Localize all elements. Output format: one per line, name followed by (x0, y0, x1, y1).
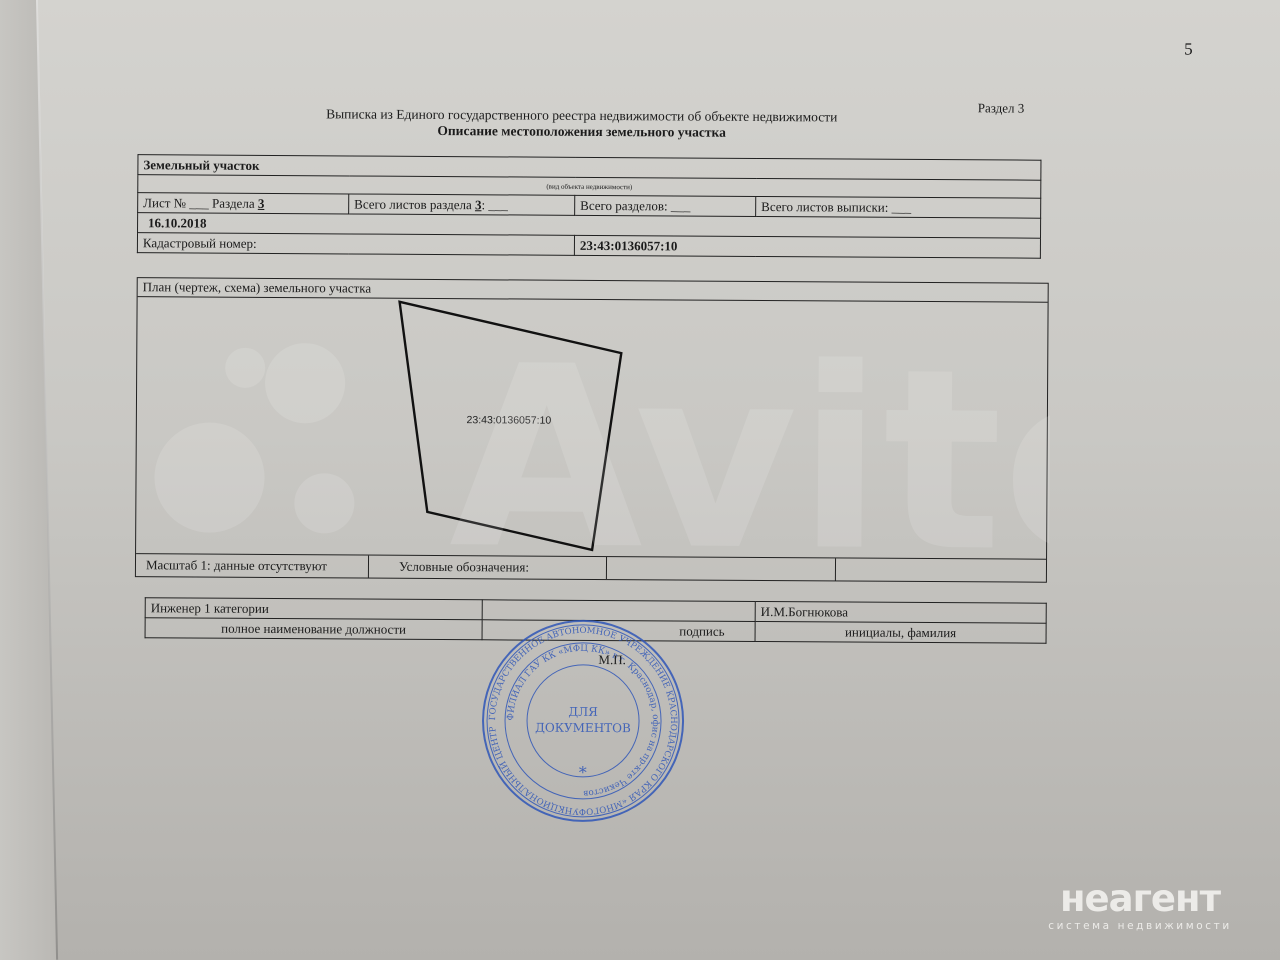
legend-cell-2 (836, 558, 1046, 581)
scale-label: Масштаб 1: данные отсутствуют (136, 554, 369, 577)
plan-footer: Масштаб 1: данные отсутствуют Условные о… (136, 553, 1046, 582)
brand-name: неагент (1020, 880, 1260, 918)
cadastral-number-value: 23:43:0136057:10 (574, 235, 1040, 258)
svg-text:М.П.: М.П. (598, 652, 626, 667)
signer-name: И.М.Богнюкова (755, 601, 1046, 623)
svg-text:ДОКУМЕНТОВ: ДОКУМЕНТОВ (535, 721, 631, 736)
sheet-number-cell: Лист № ___ Раздела 3 (138, 193, 349, 214)
parcel-plan-box: План (чертеж, схема) земельного участка … (135, 277, 1049, 583)
position-value: Инженер 1 категории (145, 598, 482, 620)
brand-tagline: система недвижимости (1020, 920, 1260, 932)
sheet-section-value: 3 (258, 195, 265, 210)
total-sheets-extract-cell: Всего листов выписки: ___ (756, 196, 1041, 218)
legend-label: Условные обозначения: (369, 556, 607, 579)
svg-text:*: * (579, 763, 587, 782)
page-number: 5 (1184, 40, 1193, 60)
document-subtitle: Описание местоположения земельного участ… (322, 122, 842, 141)
object-info-table: Земельный участок (вид объекта недвижимо… (137, 154, 1042, 259)
sheet-number-label: Лист № ___ Раздела (143, 195, 255, 211)
total-sheets-section-suffix: : ___ (481, 197, 507, 212)
position-caption: полное наименование должности (145, 618, 482, 640)
total-sections-cell: Всего разделов: ___ (575, 195, 756, 216)
name-caption: инициалы, фамилия (755, 621, 1046, 643)
neagent-watermark: неагент система недвижимости (1020, 880, 1260, 932)
parcel-label: 23:43:0136057:10 (467, 414, 552, 427)
legend-cell-1 (607, 557, 836, 580)
official-seal: ГОСУДАРСТВЕННОЕ АВТОНОМНОЕ УЧРЕЖДЕНИЕ КР… (479, 617, 686, 824)
total-sheets-section-cell: Всего листов раздела 3: ___ (349, 194, 575, 215)
parcel-drawing: 23:43:0136057:10 (136, 297, 1048, 555)
cadastral-number-label: Кадастровый номер: (137, 233, 574, 256)
section-label: Раздел 3 (978, 100, 1025, 116)
svg-text:ДЛЯ: ДЛЯ (568, 705, 598, 719)
total-sheets-section-label: Всего листов раздела (354, 196, 472, 212)
document-sheet: 5 Раздел 3 Выписка из Единого государств… (0, 0, 1280, 960)
